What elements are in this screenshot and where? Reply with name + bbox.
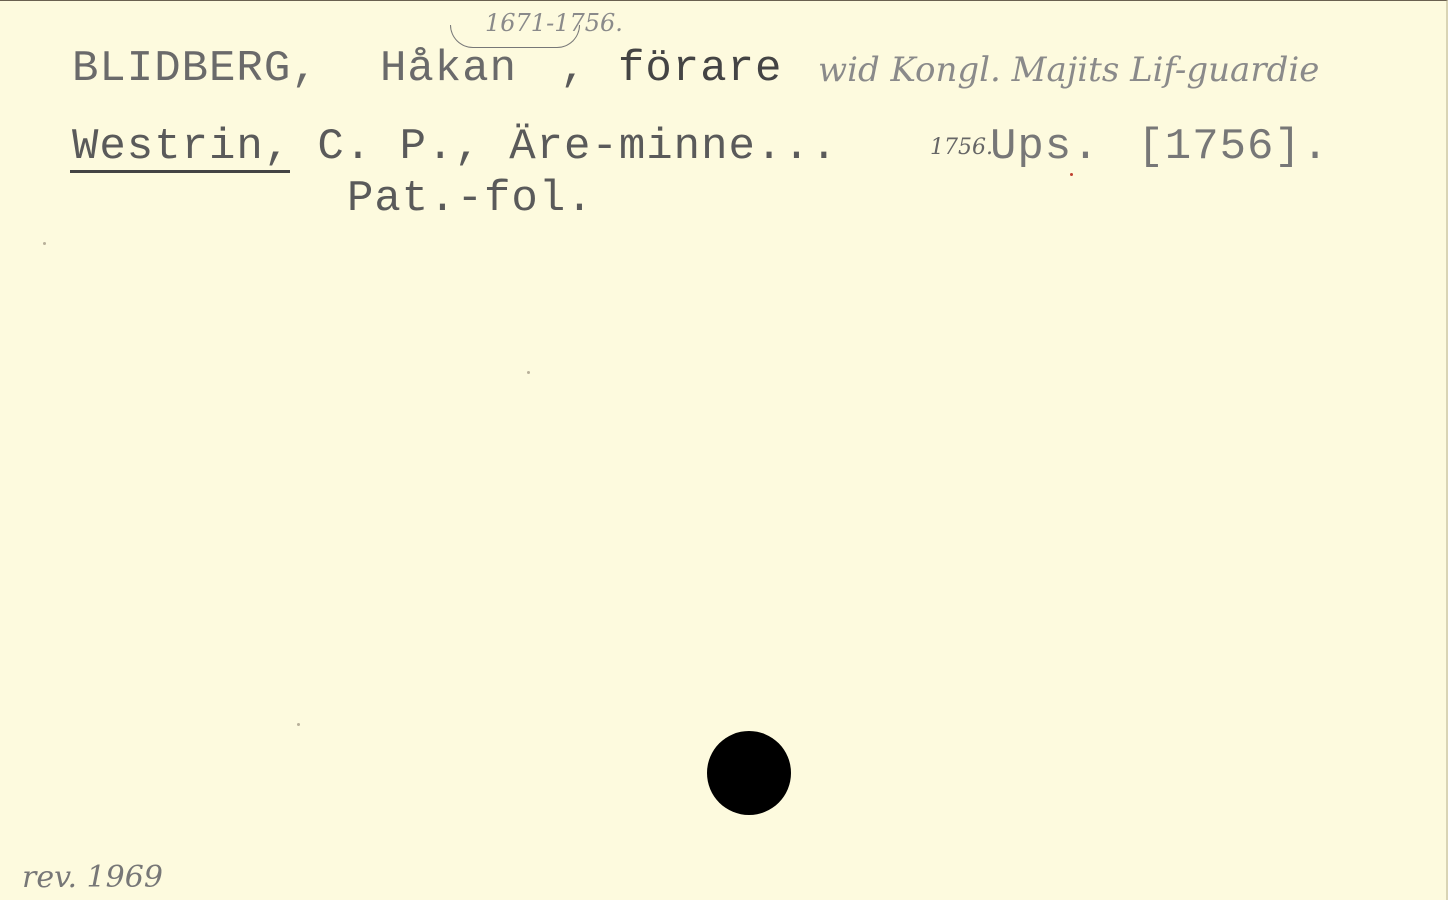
handwritten-life-dates: 1671-1756. xyxy=(485,11,623,35)
citation-title: C. P., Äre-minne... xyxy=(290,125,838,169)
catalog-card: 1671-1756. BLIDBERG, Håkan , förare wid … xyxy=(0,0,1448,900)
revision-note: rev. 1969 xyxy=(22,863,163,893)
paper-speck xyxy=(43,242,46,245)
author-underline xyxy=(70,170,290,173)
heading-given-name: Håkan xyxy=(380,47,517,91)
citation-format: Pat.-fol. xyxy=(347,177,594,221)
citation-bracket-year: [1756]. xyxy=(1110,125,1329,169)
paper-speck xyxy=(297,723,300,726)
handwritten-year: 1756. xyxy=(930,137,993,159)
heading-comma: , xyxy=(560,47,587,91)
paper-speck xyxy=(1070,173,1073,176)
handwritten-annotation: wid Kongl. Majits Lif-guardie xyxy=(818,53,1319,87)
heading-occupation: förare xyxy=(618,47,782,91)
citation-author: Westrin, xyxy=(72,125,291,169)
heading-surname: BLIDBERG, xyxy=(72,47,319,91)
paper-speck xyxy=(527,371,530,374)
punch-hole xyxy=(707,731,791,815)
citation-place: Ups. xyxy=(990,125,1100,169)
